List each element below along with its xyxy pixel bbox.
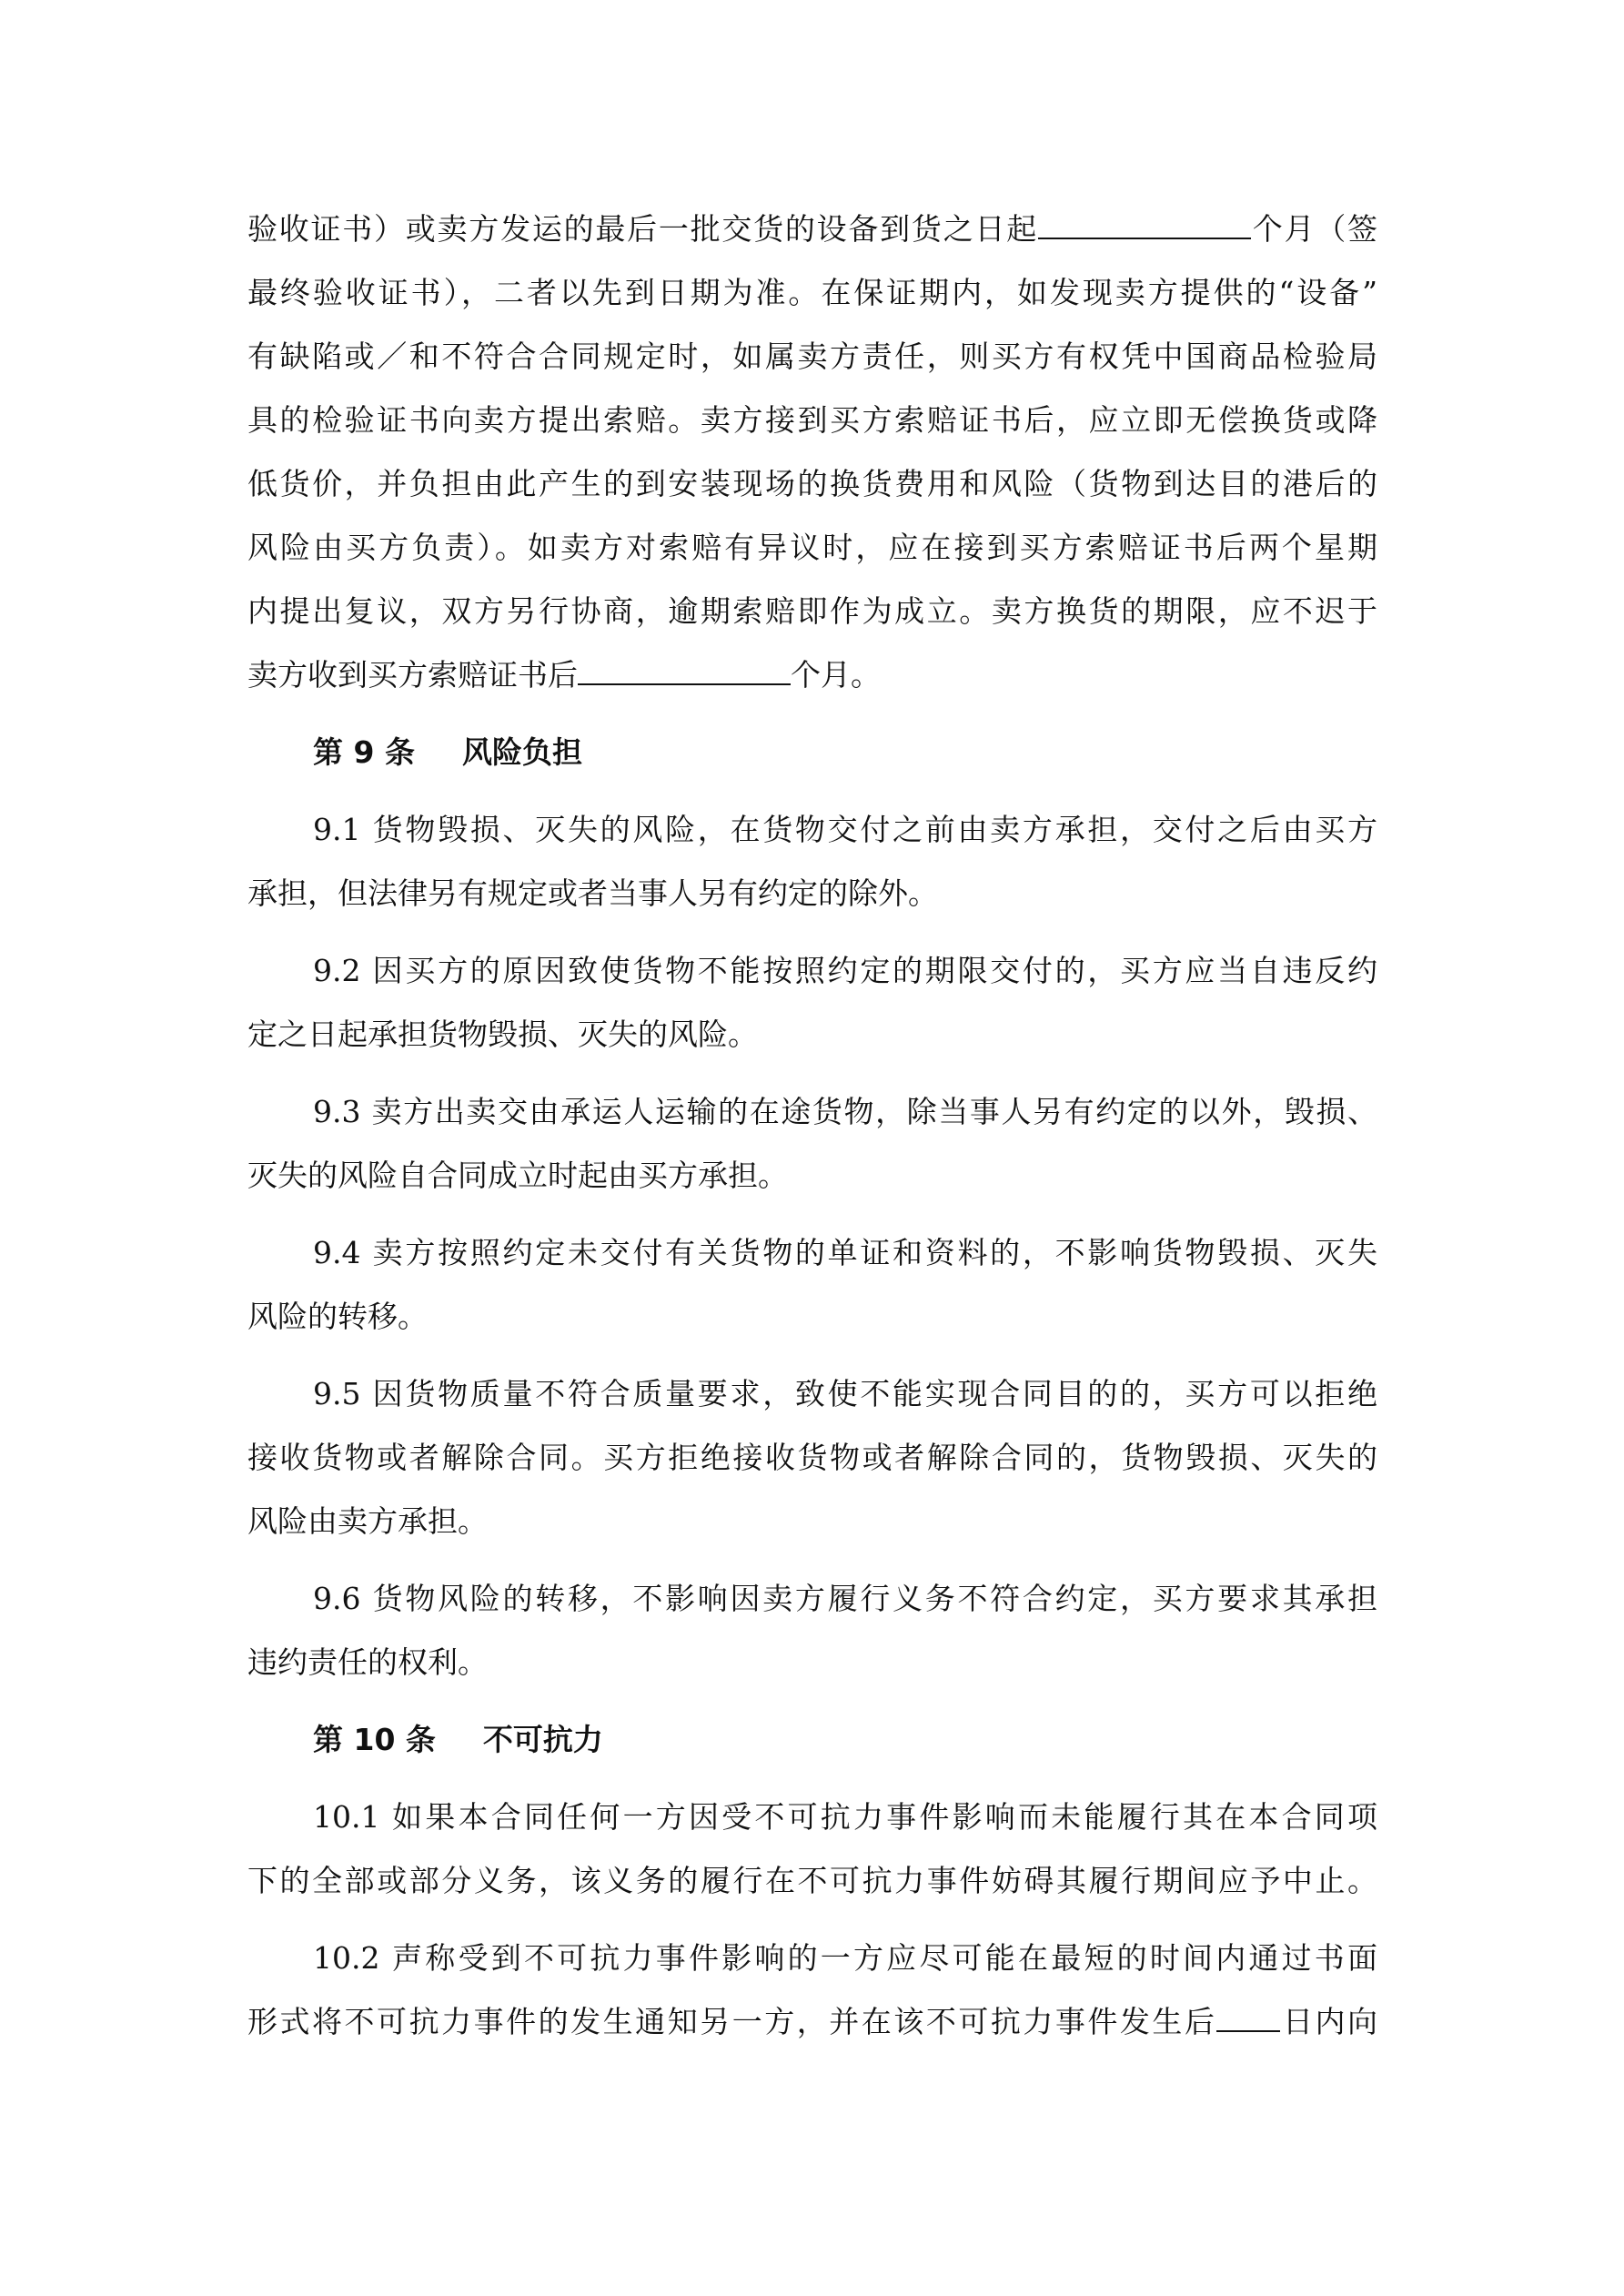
text-line: 9.3 卖方出卖交由承运人运输的在途货物，除当事人另有约定的以外，毁损、 <box>247 1080 1377 1144</box>
clause-9-6: 9.6 货物风险的转移，不影响因卖方履行义务不符合约定，买方要求其承担 违约责任… <box>247 1567 1377 1694</box>
text-line: 接收货物或者解除合同。买方拒绝接收货物或者解除合同的，货物毁损、灭失的 <box>247 1426 1377 1490</box>
fill-in-blank-notice-days[interactable] <box>1216 1990 1280 2032</box>
text-line: 10.1 如果本合同任何一方因受不可抗力事件影响而未能履行其在本合同项 <box>247 1785 1377 1849</box>
text-segment: 个月。 <box>791 657 881 693</box>
article-10-heading: 第 10 条不可抗力 <box>247 1708 1377 1772</box>
text-segment: 日内向 <box>1280 2004 1377 2039</box>
document-page: 验收证书）或卖方发运的最后一批交货的设备到货之日起个月（签 最终验收证书），二者… <box>247 197 1377 2068</box>
text-line: 最终验收证书），二者以先到日期为准。在保证期内，如发现卖方提供的“设备” <box>247 261 1377 325</box>
text-line: 低货价，并负担由此产生的到安装现场的换货费用和风险（货物到达目的港后的 <box>247 452 1377 516</box>
text-line: 9.4 卖方按照约定未交付有关货物的单证和资料的，不影响货物毁损、灭失 <box>247 1221 1377 1285</box>
fill-in-blank-months[interactable] <box>1038 197 1251 239</box>
text-line: 有缺陷或／和不符合合同规定时，如属卖方责任，则买方有权凭中国商品检验局 <box>247 325 1377 389</box>
clause-10-1: 10.1 如果本合同任何一方因受不可抗力事件影响而未能履行其在本合同项 下的全部… <box>247 1785 1377 1913</box>
text-line: 9.5 因货物质量不符合质量要求，致使不能实现合同目的的，买方可以拒绝 <box>247 1362 1377 1426</box>
clause-9-3: 9.3 卖方出卖交由承运人运输的在途货物，除当事人另有约定的以外，毁损、 灭失的… <box>247 1080 1377 1208</box>
clause-9-5: 9.5 因货物质量不符合质量要求，致使不能实现合同目的的，买方可以拒绝 接收货物… <box>247 1362 1377 1553</box>
text-line: 卖方收到买方索赔证书后个月。 <box>247 643 1377 707</box>
clause-10-2: 10.2 声称受到不可抗力事件影响的一方应尽可能在最短的时间内通过书面 形式将不… <box>247 1927 1377 2054</box>
article-number: 第 10 条 <box>313 1708 436 1772</box>
text-line: 验收证书）或卖方发运的最后一批交货的设备到货之日起个月（签 <box>247 197 1377 261</box>
article-title: 不可抗力 <box>483 1708 603 1772</box>
text-line: 下的全部或部分义务，该义务的履行在不可抗力事件妨碍其履行期间应予中止。 <box>247 1849 1377 1913</box>
article-9-heading: 第 9 条风险负担 <box>247 721 1377 784</box>
text-line: 内提出复议，双方另行协商，逾期索赔即作为成立。卖方换货的期限，应不迟于 <box>247 580 1377 643</box>
text-segment: 个月（签 <box>1251 211 1377 247</box>
text-line: 9.1 货物毁损、灭失的风险，在货物交付之前由卖方承担，交付之后由买方 <box>247 798 1377 862</box>
text-segment: 验收证书）或卖方发运的最后一批交货的设备到货之日起 <box>247 211 1038 247</box>
text-line: 形式将不可抗力事件的发生通知另一方，并在该不可抗力事件发生后日内向 <box>247 1990 1377 2054</box>
fill-in-blank-replacement-months[interactable] <box>578 643 791 685</box>
text-segment: 卖方收到买方索赔证书后 <box>247 657 578 693</box>
text-line: 具的检验证书向卖方提出索赔。卖方接到买方索赔证书后，应立即无偿换货或降 <box>247 389 1377 452</box>
text-segment: 形式将不可抗力事件的发生通知另一方，并在该不可抗力事件发生后 <box>247 2004 1216 2039</box>
text-line: 10.2 声称受到不可抗力事件影响的一方应尽可能在最短的时间内通过书面 <box>247 1927 1377 1990</box>
clause-9-4: 9.4 卖方按照约定未交付有关货物的单证和资料的，不影响货物毁损、灭失 风险的转… <box>247 1221 1377 1349</box>
clause-9-2: 9.2 因买方的原因致使货物不能按照约定的期限交付的，买方应当自违反约 定之日起… <box>247 939 1377 1067</box>
text-line: 9.2 因买方的原因致使货物不能按照约定的期限交付的，买方应当自违反约 <box>247 939 1377 1003</box>
text-line: 承担，但法律另有规定或者当事人另有约定的除外。 <box>247 862 1377 925</box>
warranty-claim-paragraph: 验收证书）或卖方发运的最后一批交货的设备到货之日起个月（签 最终验收证书），二者… <box>247 197 1377 707</box>
text-line: 定之日起承担货物毁损、灭失的风险。 <box>247 1003 1377 1067</box>
article-number: 第 9 条 <box>313 721 415 784</box>
clause-9-1: 9.1 货物毁损、灭失的风险，在货物交付之前由卖方承担，交付之后由买方 承担，但… <box>247 798 1377 925</box>
text-line: 风险由卖方承担。 <box>247 1490 1377 1553</box>
text-line: 9.6 货物风险的转移，不影响因卖方履行义务不符合约定，买方要求其承担 <box>247 1567 1377 1631</box>
text-line: 风险的转移。 <box>247 1285 1377 1349</box>
text-line: 风险由买方负责）。如卖方对索赔有异议时，应在接到买方索赔证书后两个星期 <box>247 516 1377 580</box>
text-line: 违约责任的权利。 <box>247 1631 1377 1694</box>
text-line: 灭失的风险自合同成立时起由买方承担。 <box>247 1144 1377 1208</box>
article-title: 风险负担 <box>462 721 582 784</box>
